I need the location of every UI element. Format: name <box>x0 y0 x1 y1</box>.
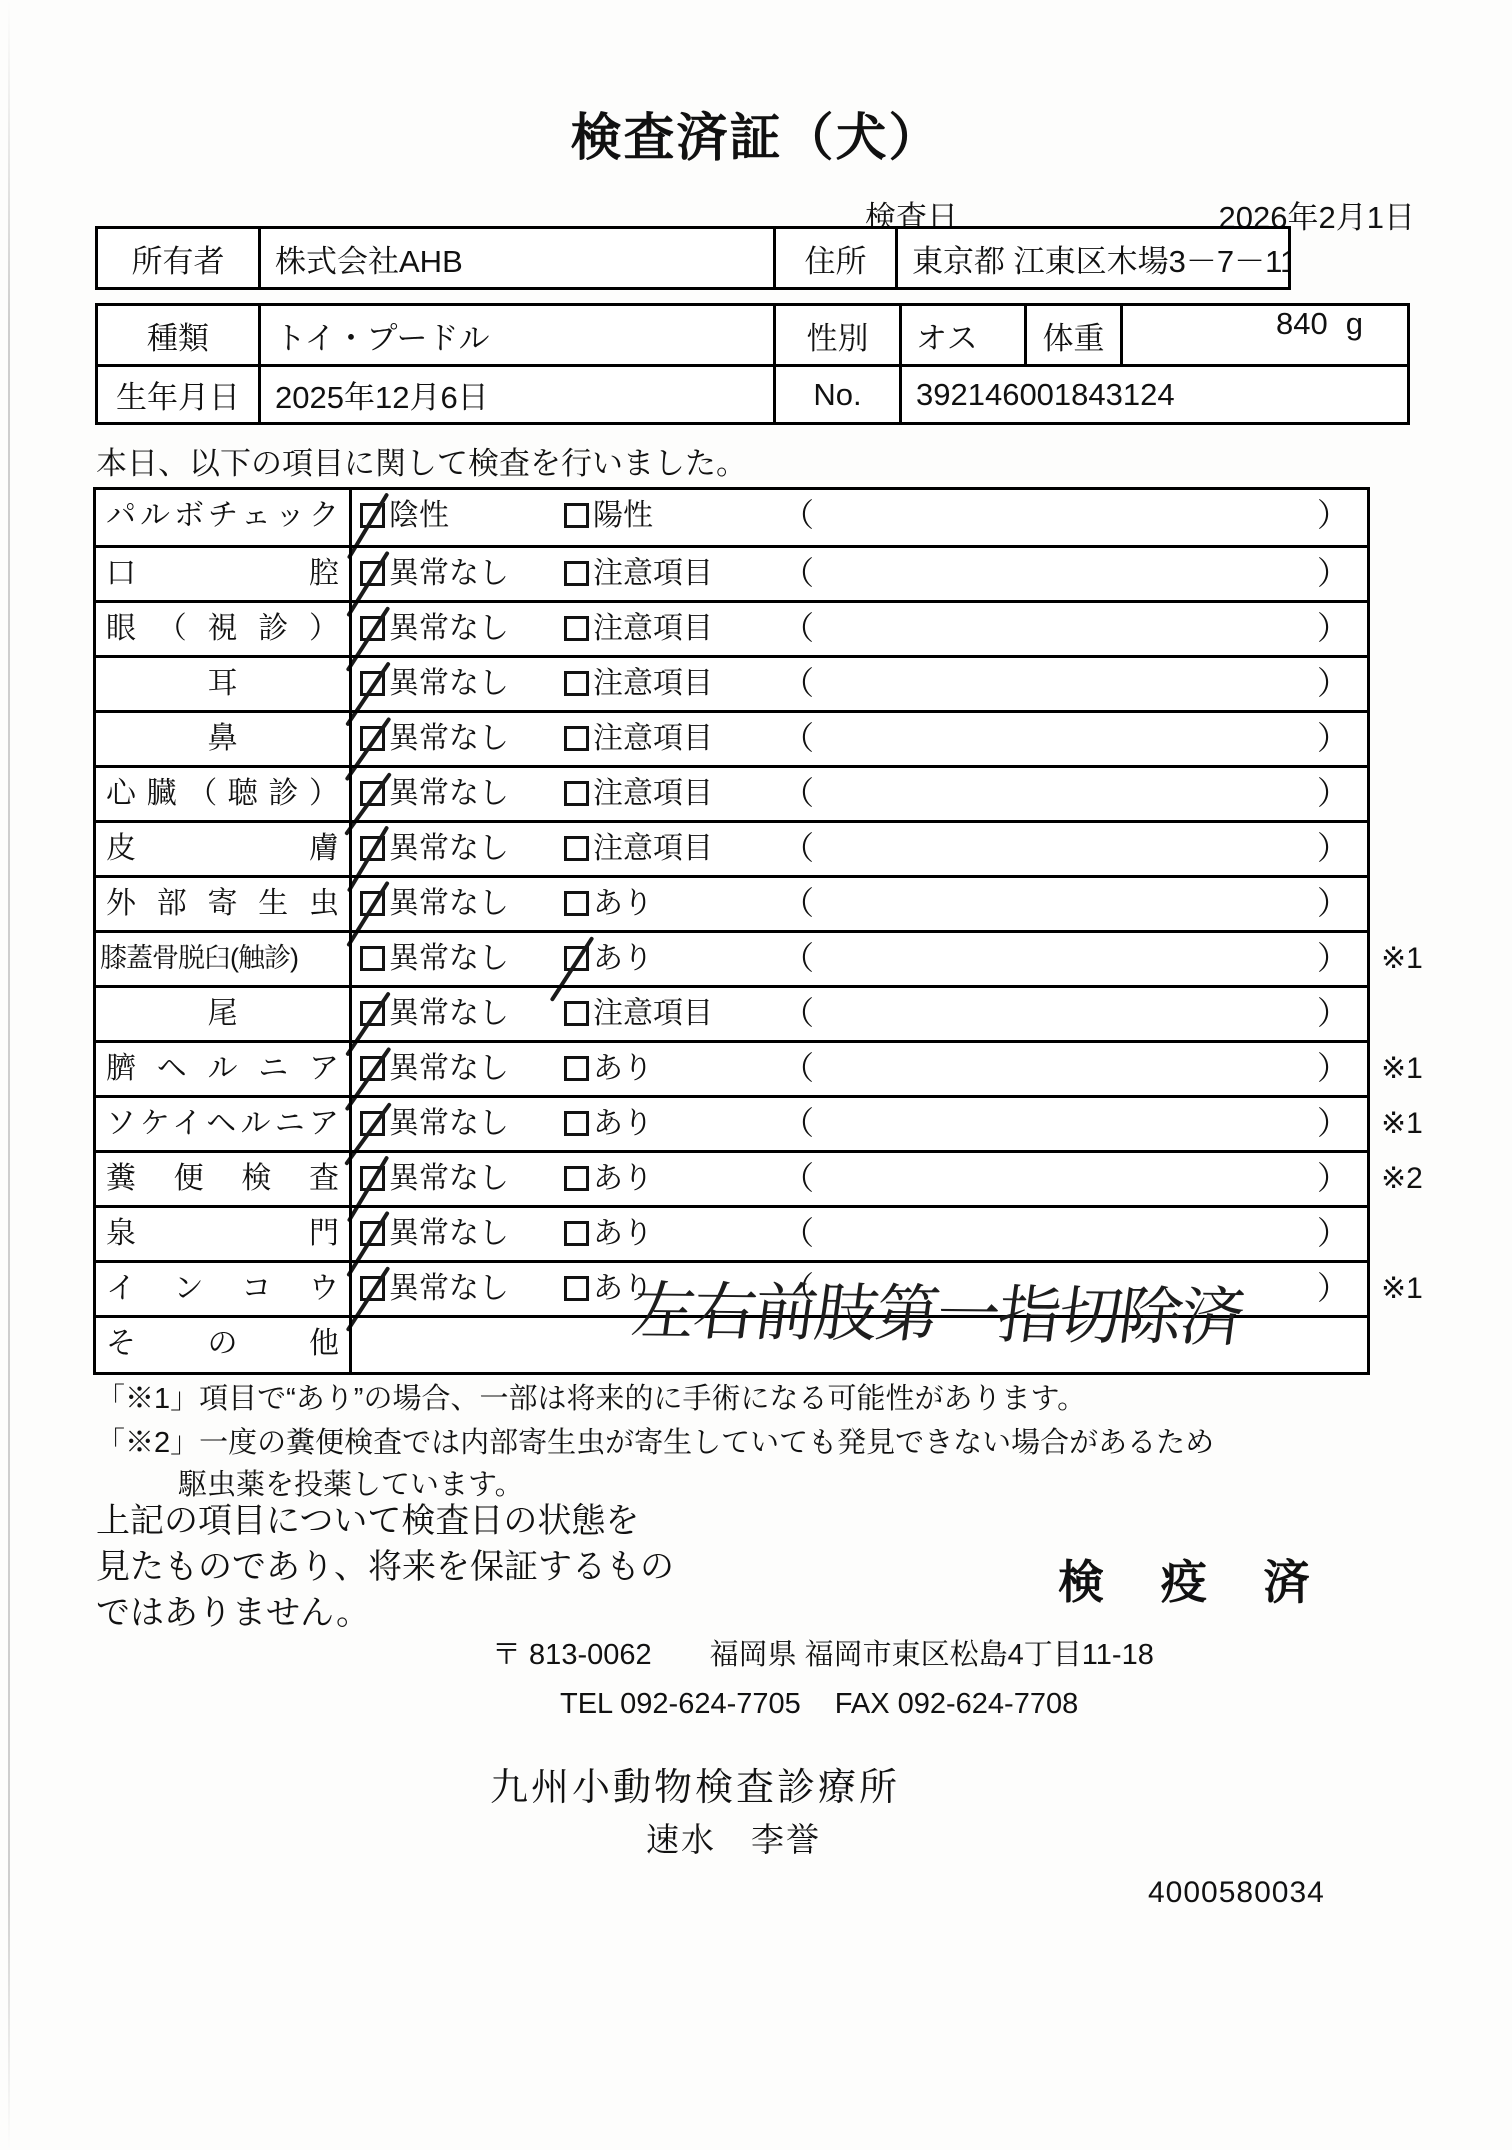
checklist-item-options: 異常なし 注意項目 （ ） <box>352 713 1367 765</box>
checkbox-option-1[interactable] <box>360 1221 385 1246</box>
checkbox-option-2[interactable] <box>564 1056 589 1081</box>
checklist-item-label: 臍ヘルニア <box>96 1043 352 1095</box>
paren-open: （ <box>782 490 814 541</box>
option-1-label: 異常なし <box>389 997 509 1030</box>
checkbox-option-2[interactable] <box>564 781 589 806</box>
option-2-label: あり <box>593 1052 653 1085</box>
checkbox-option-1[interactable] <box>360 1056 385 1081</box>
option-1: 異常なし <box>360 548 509 599</box>
checklist-item-label: 尾 <box>96 988 352 1040</box>
other-row-field: 左右前肢第一指切除済 <box>352 1318 1367 1372</box>
paren-open: （ <box>782 823 814 874</box>
checklist-row-12: ソケイヘルニア 異常なし あり （ ） ※1 <box>96 1095 1367 1150</box>
birthdate-label: 生年月日 <box>98 367 258 422</box>
paren-open: （ <box>782 878 814 929</box>
quarantine-stamp: 検 疫 済 <box>1058 1546 1332 1612</box>
checkbox-option-1[interactable] <box>360 1166 385 1191</box>
checkbox-option-2[interactable] <box>564 836 589 861</box>
option-1-label: 異常なし <box>389 777 509 810</box>
option-2: 注意項目 <box>564 658 713 709</box>
disclaimer-line-3: ではありません。 <box>96 1590 674 1636</box>
option-2: あり <box>564 1043 653 1094</box>
reference-mark: ※1 <box>1381 1271 1423 1306</box>
option-2-label: 注意項目 <box>593 832 713 865</box>
checkbox-option-2[interactable] <box>564 616 589 641</box>
checklist-item-options: 陰性 陽性 （ ） <box>352 490 1367 545</box>
option-1: 異常なし <box>360 1043 509 1094</box>
owner-value: 株式会社AHB <box>258 229 773 287</box>
sex-label: 性別 <box>773 306 899 364</box>
clinic-tel-line: TEL 092-624-7705FAX 092-624-7708 <box>560 1688 1078 1721</box>
reference-mark: ※2 <box>1381 1161 1423 1196</box>
option-1: 異常なし <box>360 933 509 984</box>
checklist-item-label: 泉門 <box>96 1208 352 1260</box>
option-2: あり <box>564 1098 653 1149</box>
paren-open: （ <box>782 713 814 764</box>
checkbox-option-1[interactable] <box>360 946 385 971</box>
checkbox-option-2[interactable] <box>564 891 589 916</box>
option-2-label: あり <box>593 1107 653 1140</box>
option-2: 注意項目 <box>564 988 713 1039</box>
checklist-item-label: ソケイヘルニア <box>96 1098 352 1150</box>
option-2-label: あり <box>593 942 653 975</box>
option-1: 異常なし <box>360 1098 509 1149</box>
checkbox-option-1[interactable] <box>360 781 385 806</box>
paren-close: ） <box>1317 713 1349 764</box>
paren-close: ） <box>1317 603 1349 654</box>
paren-close: ） <box>1317 548 1349 599</box>
checkbox-option-2[interactable] <box>564 1111 589 1136</box>
veterinarian-name: 速水 李誉 <box>646 1814 821 1861</box>
option-2-label: 注意項目 <box>593 777 713 810</box>
checkbox-option-1[interactable] <box>360 1111 385 1136</box>
checklist-item-label: 外部寄生虫 <box>96 878 352 930</box>
intro-sentence: 本日、以下の項目に関して検査を行いました。 <box>96 438 747 483</box>
paren-open: （ <box>782 1043 814 1094</box>
checklist-row-1: パルボチェック 陰性 陽性 （ ） <box>96 490 1367 545</box>
clinic-tel: TEL 092-624-7705 <box>560 1688 801 1720</box>
owner-table: 所有者 株式会社AHB 住所 東京都 江東区木場3－7－11 <box>95 226 1291 290</box>
weight-unit: g <box>1346 306 1363 342</box>
option-2-label: あり <box>593 1217 653 1250</box>
checklist-item-label: 眼（視診） <box>96 603 352 655</box>
checklist-item-label: パルボチェック <box>96 490 352 545</box>
option-1: 異常なし <box>360 1263 509 1314</box>
checkbox-option-2[interactable] <box>564 671 589 696</box>
checklist-item-label: 心臓（聴診） <box>96 768 352 820</box>
checkbox-option-1[interactable] <box>360 561 385 586</box>
option-1: 異常なし <box>360 988 509 1039</box>
paren-close: ） <box>1317 490 1349 541</box>
checklist-item-label: 鼻 <box>96 713 352 765</box>
option-2-label: 注意項目 <box>593 997 713 1030</box>
paren-open: （ <box>782 548 814 599</box>
option-1: 異常なし <box>360 1153 509 1204</box>
checklist-item-options: 異常なし 注意項目 （ ） <box>352 548 1367 600</box>
checkbox-option-1[interactable] <box>360 671 385 696</box>
option-1: 陰性 <box>360 490 449 541</box>
option-2-label: 陽性 <box>593 499 653 532</box>
checkbox-option-1[interactable] <box>360 836 385 861</box>
option-1: 異常なし <box>360 823 509 874</box>
checklist-item-label: 糞便検査 <box>96 1153 352 1205</box>
checklist-item-options: 異常なし あり （ ） <box>352 1153 1367 1205</box>
option-2-label: 注意項目 <box>593 667 713 700</box>
disclaimer-line-2: 見たものであり、将来を保証するもの <box>96 1544 674 1590</box>
footnote-1: 「※1」項目で“あり”の場合、一部は将来的に手術になる可能性があります。 <box>96 1376 1086 1417</box>
paren-open: （ <box>782 658 814 709</box>
option-1-label: 異常なし <box>389 1162 509 1195</box>
paren-open: （ <box>782 768 814 819</box>
certificate-page: 検査済証（犬） 検査日 2026年2月1日 所有者 株式会社AHB 住所 東京都… <box>0 0 1512 2150</box>
number-label: No. <box>773 367 899 422</box>
option-2-label: 注意項目 <box>593 557 713 590</box>
paren-open: （ <box>782 933 814 984</box>
checklist-row-14: 泉門 異常なし あり （ ） <box>96 1205 1367 1260</box>
option-2: あり <box>564 933 653 984</box>
paren-close: ） <box>1317 1098 1349 1149</box>
checklist-item-options: 異常なし あり （ ） <box>352 933 1367 985</box>
checklist-row-8: 外部寄生虫 異常なし あり （ ） <box>96 875 1367 930</box>
weight-label: 体重 <box>1024 306 1120 364</box>
option-2: 注意項目 <box>564 603 713 654</box>
clinic-name: 九州小動物検査診療所 <box>490 1756 900 1811</box>
clinic-postal-line: 〒 813-0062福岡県 福岡市東区松島4丁目11-18 <box>492 1632 1154 1673</box>
checklist-item-options: 異常なし 注意項目 （ ） <box>352 823 1367 875</box>
paren-close: ） <box>1317 1263 1349 1314</box>
clinic-fax: FAX 092-624-7708 <box>835 1688 1078 1720</box>
checkbox-option-2[interactable] <box>564 1001 589 1026</box>
number-value: 392146001843124 <box>899 367 1407 422</box>
checklist-item-options: 異常なし 注意項目 （ ） <box>352 988 1367 1040</box>
checkbox-option-2[interactable] <box>564 561 589 586</box>
checklist-row-3: 眼（視診） 異常なし 注意項目 （ ） <box>96 600 1367 655</box>
option-1: 異常なし <box>360 603 509 654</box>
option-2: あり <box>564 878 653 929</box>
option-2: 注意項目 <box>564 823 713 874</box>
checkbox-option-2[interactable] <box>564 946 589 971</box>
checklist-item-label: インコウ <box>96 1263 352 1315</box>
option-2-label: 注意項目 <box>593 722 713 755</box>
option-2: あり <box>564 1208 653 1259</box>
checklist-item-label: 皮膚 <box>96 823 352 875</box>
checklist-row-7: 皮膚 異常なし 注意項目 （ ） <box>96 820 1367 875</box>
option-2-label: あり <box>593 887 653 920</box>
checklist-item-options: 異常なし あり （ ） <box>352 1208 1367 1260</box>
checkbox-option-2[interactable] <box>564 1221 589 1246</box>
footnote-2: 「※2」一度の糞便検査では内部寄生虫が寄生していても発見できない場合があるため <box>96 1420 1214 1461</box>
checkbox-option-1[interactable] <box>360 503 385 528</box>
birthdate-value: 2025年12月6日 <box>258 367 773 422</box>
paren-open: （ <box>782 1153 814 1204</box>
checklist-row-9: 膝蓋骨脱臼(触診) 異常なし あり （ ） ※1 <box>96 930 1367 985</box>
option-2: 注意項目 <box>564 713 713 764</box>
checklist-row-other: その他 左右前肢第一指切除済 <box>96 1315 1367 1372</box>
sex-value: オス <box>899 306 1024 364</box>
paren-close: ） <box>1317 933 1349 984</box>
owner-label: 所有者 <box>98 229 258 287</box>
paren-open: （ <box>782 988 814 1039</box>
checklist-item-options: 異常なし あり （ ） <box>352 1098 1367 1150</box>
option-1-label: 異常なし <box>389 832 509 865</box>
clinic-address: 福岡県 福岡市東区松島4丁目11-18 <box>710 1639 1154 1671</box>
handwritten-note: 左右前肢第一指切除済 <box>629 1287 1245 1344</box>
paren-close: ） <box>1317 1153 1349 1204</box>
option-1-label: 異常なし <box>389 557 509 590</box>
option-2: 注意項目 <box>564 768 713 819</box>
checklist-row-2: 口腔 異常なし 注意項目 （ ） <box>96 545 1367 600</box>
address-label: 住所 <box>773 229 895 287</box>
breed-label: 種類 <box>98 306 258 364</box>
reference-mark: ※1 <box>1381 1106 1423 1141</box>
checkbox-option-1[interactable] <box>360 1001 385 1026</box>
checkbox-option-2[interactable] <box>564 503 589 528</box>
option-1: 異常なし <box>360 658 509 709</box>
checklist-row-5: 鼻 異常なし 注意項目 （ ） <box>96 710 1367 765</box>
disclaimer-text: 上記の項目について検査日の状態を 見たものであり、将来を保証するもの ではありま… <box>96 1498 674 1636</box>
checkbox-option-1[interactable] <box>360 891 385 916</box>
checklist-item-label: 膝蓋骨脱臼(触診) <box>96 933 352 985</box>
paren-close: ） <box>1317 1043 1349 1094</box>
checklist-row-13: 糞便検査 異常なし あり （ ） ※2 <box>96 1150 1367 1205</box>
checklist-item-options: 異常なし 注意項目 （ ） <box>352 658 1367 710</box>
paren-open: （ <box>782 603 814 654</box>
option-1-label: 異常なし <box>389 942 509 975</box>
checklist-row-10: 尾 異常なし 注意項目 （ ） <box>96 985 1367 1040</box>
checklist-row-11: 臍ヘルニア 異常なし あり （ ） ※1 <box>96 1040 1367 1095</box>
paren-close: ） <box>1317 658 1349 709</box>
option-1-label: 異常なし <box>389 722 509 755</box>
breed-value: トイ・プードル <box>258 306 773 364</box>
option-2: 注意項目 <box>564 548 713 599</box>
checkbox-option-2[interactable] <box>564 726 589 751</box>
checklist-table: パルボチェック 陰性 陽性 （ ） 口腔 異常なし 注意項目 （ ） 眼（視診）… <box>93 487 1370 1375</box>
paren-close: ） <box>1317 1208 1349 1259</box>
paren-open: （ <box>782 1208 814 1259</box>
footnote-2-continued: 駆虫薬を投薬しています。 <box>178 1462 524 1503</box>
reference-mark: ※1 <box>1381 941 1423 976</box>
paren-close: ） <box>1317 988 1349 1039</box>
option-1: 異常なし <box>360 768 509 819</box>
address-value: 東京都 江東区木場3－7－11 <box>895 229 1288 287</box>
checkbox-option-2[interactable] <box>564 1166 589 1191</box>
option-1: 異常なし <box>360 878 509 929</box>
option-1-label: 異常なし <box>389 1217 509 1250</box>
checklist-item-label: 口腔 <box>96 548 352 600</box>
option-2: あり <box>564 1153 653 1204</box>
paren-open: （ <box>782 1098 814 1149</box>
option-1-label: 異常なし <box>389 1272 509 1305</box>
option-1: 異常なし <box>360 713 509 764</box>
dog-info-table: 種類 トイ・プードル 性別 オス 体重 840 g 生年月日 2025年12月6… <box>95 303 1410 425</box>
scan-edge-artifact <box>8 0 10 2150</box>
reference-mark: ※1 <box>1381 1051 1423 1086</box>
checkbox-option-2[interactable] <box>564 1276 589 1301</box>
document-serial-number: 4000580034 <box>1148 1876 1325 1910</box>
checklist-item-label: 耳 <box>96 658 352 710</box>
option-2: 陽性 <box>564 490 653 541</box>
checklist-row-4: 耳 異常なし 注意項目 （ ） <box>96 655 1367 710</box>
checklist-item-options: 異常なし あり （ ） <box>352 1043 1367 1095</box>
paren-close: ） <box>1317 823 1349 874</box>
other-row-label: その他 <box>96 1318 352 1372</box>
option-1-label: 異常なし <box>389 1052 509 1085</box>
document-title: 検査済証（犬） <box>0 96 1512 170</box>
option-2-label: あり <box>593 1162 653 1195</box>
option-1-label: 異常なし <box>389 887 509 920</box>
option-2-label: 注意項目 <box>593 612 713 645</box>
checklist-item-options: 異常なし 注意項目 （ ） <box>352 603 1367 655</box>
postal-code: 〒 813-0062 <box>492 1639 652 1671</box>
weight-value: 840 <box>1276 306 1328 342</box>
checklist-item-options: 異常なし あり （ ） <box>352 878 1367 930</box>
paren-close: ） <box>1317 768 1349 819</box>
paren-close: ） <box>1317 878 1349 929</box>
checkbox-option-1[interactable] <box>360 1276 385 1301</box>
weight-value-cell: 840 g <box>1120 306 1407 364</box>
option-1-label: 異常なし <box>389 667 509 700</box>
option-1: 異常なし <box>360 1208 509 1259</box>
option-1-label: 陰性 <box>389 499 449 532</box>
checkbox-option-1[interactable] <box>360 616 385 641</box>
checkbox-option-1[interactable] <box>360 726 385 751</box>
option-1-label: 異常なし <box>389 1107 509 1140</box>
checklist-item-options: 異常なし 注意項目 （ ） <box>352 768 1367 820</box>
disclaimer-line-1: 上記の項目について検査日の状態を <box>96 1498 674 1544</box>
checklist-row-6: 心臓（聴診） 異常なし 注意項目 （ ） <box>96 765 1367 820</box>
option-1-label: 異常なし <box>389 612 509 645</box>
